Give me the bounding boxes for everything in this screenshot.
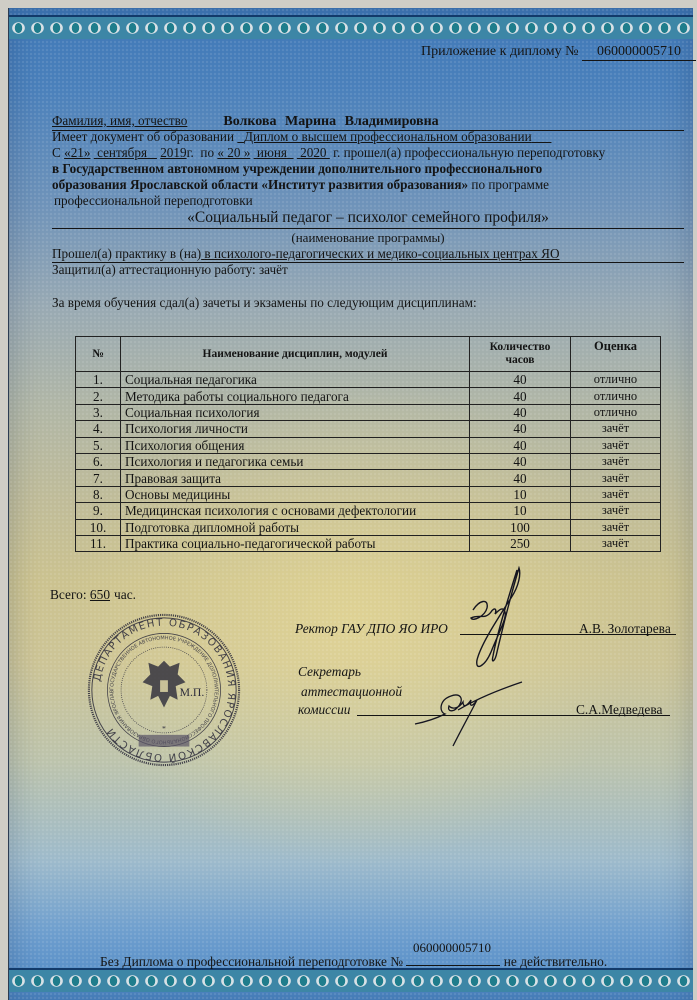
header-name: Наименование дисциплин, модулей [121,337,470,372]
period-from-day: «21» [64,145,90,160]
institution-line2: образования Ярославской области «Институ… [52,177,549,193]
row-hours: 250 [470,535,571,551]
table-row: 10.Подготовка дипломной работы100зачёт [76,519,661,535]
table-row: 9.Медицинская психология с основами дефе… [76,503,661,519]
diploma-number: 060000005710 [582,44,696,61]
row-no: 4. [76,421,121,437]
footer-suffix: не действительно. [504,954,607,969]
row-discipline-name: Практика социально-педагогической работы [121,535,470,551]
education-row: Имеет документ об образовании Диплом о в… [52,129,551,145]
row-no: 1. [76,372,121,388]
institution-line3: профессиональной переподготовки [54,193,253,209]
row-no: 3. [76,404,121,420]
row-hours: 40 [470,372,571,388]
row-grade: зачёт [571,421,661,437]
table-row: 3.Социальная психология40отлично [76,404,661,420]
total-label: Всего: [50,587,87,602]
row-grade: зачёт [571,535,661,551]
header-hours: Количество часов [470,337,571,372]
footer-number-blank [406,965,500,966]
period-from-month: сентября [94,145,157,160]
row-grade: зачёт [571,453,661,469]
period-to-prefix: по [200,145,214,160]
row-no: 7. [76,470,121,486]
education-value: Диплом о высшем профессиональном образов… [237,129,551,144]
program-name: «Социальный педагог – психолог семейного… [52,209,684,229]
secretary-title-line1: Секретарь [298,664,361,680]
row-discipline-name: Социальная психология [121,404,470,420]
table-row: 7.Правовая защита40зачёт [76,470,661,486]
education-label: Имеет документ об образовании [52,129,234,144]
secretary-title-line2: аттестационной [301,684,402,700]
row-grade: зачёт [571,470,661,486]
row-hours: 40 [470,437,571,453]
practice-row: Прошел(а) практику в (на) в психолого-пе… [52,246,684,263]
institution-line1: в Государственном автономном учреждении … [52,161,542,177]
row-no: 8. [76,486,121,502]
appendix-label: Приложение к диплому № [421,44,579,59]
disciplines-intro: За время обучения сдал(а) зачеты и экзам… [52,295,477,311]
period-to-year: 2020 [297,145,330,160]
total-unit: час. [114,587,136,602]
row-hours: 40 [470,388,571,404]
attestation-row: Защитил(а) аттестационную работу: зачёт [52,262,288,278]
row-discipline-name: Психология личности [121,421,470,437]
bottom-ornament-band [9,968,693,992]
row-hours: 40 [470,470,571,486]
header-no: № [76,337,121,372]
institution-line2-rest: по программе [468,177,549,192]
row-no: 9. [76,503,121,519]
footer-validity-note: Без Диплома о профессиональной переподго… [100,954,607,970]
row-discipline-name: Основы медицины [121,486,470,502]
period-from-prefix: С [52,145,61,160]
row-discipline-name: Социальная педагогика [121,372,470,388]
row-discipline-name: Психология общения [121,437,470,453]
row-grade: отлично [571,372,661,388]
row-no: 10. [76,519,121,535]
table-row: 2.Методика работы социального педагога40… [76,388,661,404]
row-hours: 10 [470,503,571,519]
institution-name: образования Ярославской области «Институ… [52,177,468,192]
total-value: 650 [90,587,114,602]
year-suffix: г. [187,145,194,160]
row-hours: 40 [470,453,571,469]
period-to-day: « 20 » [217,145,250,160]
secretary-name: С.А.Медведева [576,702,662,718]
footer-prefix: Без Диплома о профессиональной переподго… [100,954,403,969]
row-grade: отлично [571,388,661,404]
header-grade: Оценка [571,337,661,372]
fio-label: Фамилия, имя, отчество [52,113,187,128]
fio-value: Волкова Марина Владимировна [223,114,438,129]
row-hours: 100 [470,519,571,535]
coat-of-arms-icon [143,661,186,708]
seal-mp: М.П. [180,686,205,699]
table-row: 6.Психология и педагогика семьи40зачёт [76,453,661,469]
table-row: 4.Психология личности40зачёт [76,421,661,437]
row-discipline-name: Правовая защита [121,470,470,486]
program-caption: (наименование программы) [52,230,684,246]
row-discipline-name: Подготовка дипломной работы [121,519,470,535]
row-no: 2. [76,388,121,404]
row-grade: зачёт [571,437,661,453]
period-to-month: июня [254,145,294,160]
row-no: 5. [76,437,121,453]
row-no: 6. [76,453,121,469]
total-hours: Всего: 650час. [50,587,136,603]
appendix-header: Приложение к диплому № 060000005710 [421,44,696,61]
period-from-year: 2019 [160,145,186,160]
period-row: С «21» сентября 2019г. по « 20 » июня 20… [52,145,605,161]
rector-title: Ректор ГАУ ДПО ЯО ИРО [295,621,448,637]
table-row: 11.Практика социально-педагогической раб… [76,535,661,551]
rector-name: А.В. Золотарева [579,621,671,637]
practice-value: в психолого-педагогических и медико-соци… [201,246,559,261]
svg-text:*: * [162,724,166,733]
row-hours: 40 [470,421,571,437]
row-grade: зачёт [571,486,661,502]
period-tail: г. прошел(а) профессиональную переподгот… [333,145,605,160]
row-hours: 40 [470,404,571,420]
row-grade: зачёт [571,519,661,535]
table-row: 8.Основы медицины10зачёт [76,486,661,502]
row-no: 11. [76,535,121,551]
row-discipline-name: Медицинская психология с основами дефект… [121,503,470,519]
row-hours: 10 [470,486,571,502]
secretary-title-line3: комиссии [298,702,350,718]
row-grade: отлично [571,404,661,420]
practice-label: Прошел(а) практику в (на) [52,246,201,261]
row-discipline-name: Методика работы социального педагога [121,388,470,404]
top-ornament-band [9,15,693,39]
row-discipline-name: Психология и педагогика семьи [121,453,470,469]
row-grade: зачёт [571,503,661,519]
official-seal-stamp: ДЕПАРТАМЕНТ ОБРАЗОВАНИЯ ЯРОСЛАВСКОЙ ОБЛА… [86,612,242,768]
table-header-row: № Наименование дисциплин, модулей Количе… [76,337,661,372]
table-row: 5.Психология общения40зачёт [76,437,661,453]
disciplines-table: № Наименование дисциплин, модулей Количе… [75,336,661,552]
table-row: 1.Социальная педагогика40отлично [76,372,661,388]
